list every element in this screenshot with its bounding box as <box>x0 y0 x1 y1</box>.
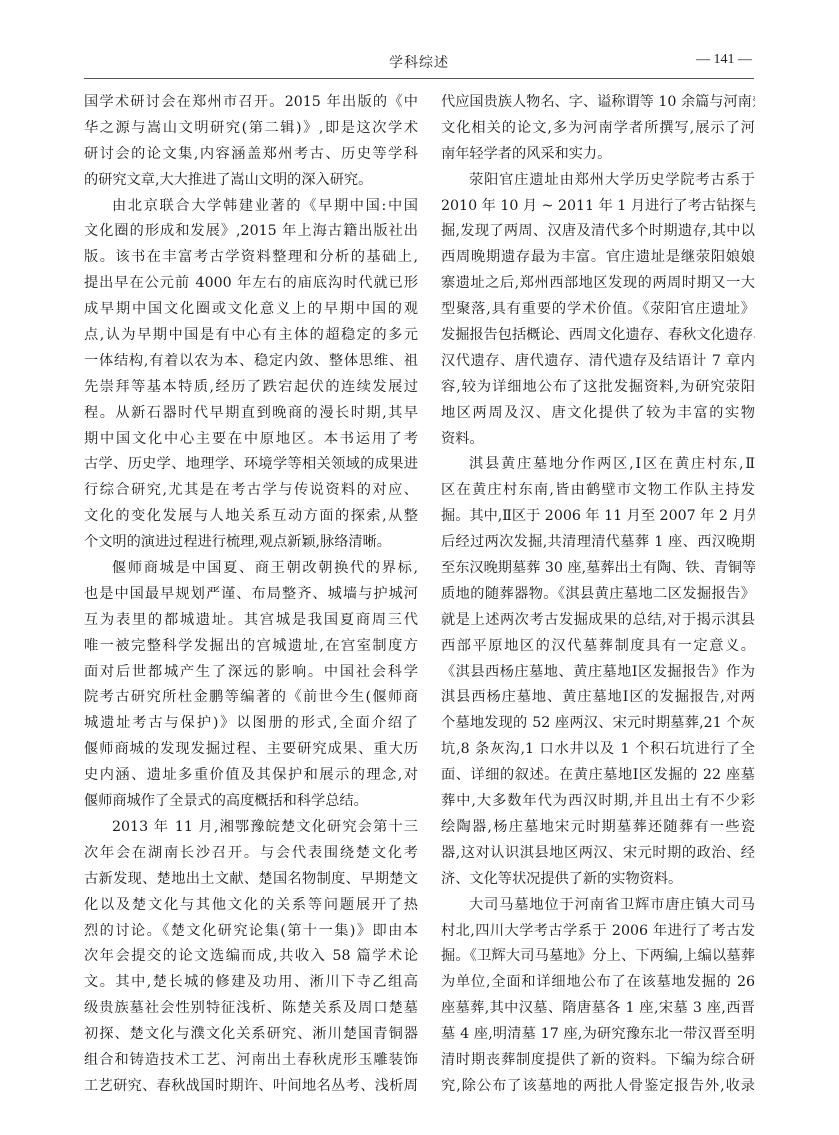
text-line: 南年轻学者的风采和实力。 <box>441 142 755 168</box>
text-line: 济、文化等状况提供了新的实物资料。 <box>441 867 755 893</box>
text-line: 掘。《卫辉大司马墓地》分上、下两编,上编以墓葬 <box>441 944 755 970</box>
text-line: 掘。其中,Ⅱ区于 2006 年 11 月至 2007 年 2 月先 <box>441 504 755 530</box>
text-line: 西部平原地区的汉代墓葬制度具有一定意义。 <box>441 634 755 660</box>
text-line: 座墓葬,其中汉墓、隋唐墓各 1 座,宋墓 3 座,西晋 <box>441 996 755 1022</box>
right-text-column: 代应国贵族人物名、字、谥称谓等 10 余篇与河南楚文化相关的论文,多为河南学者所… <box>441 90 755 1100</box>
text-line: 初探、楚文化与濮文化关系研究、淅川楚国青铜器 <box>84 1022 418 1048</box>
text-line: 大司马墓地位于河南省卫辉市唐庄镇大司马 <box>441 893 755 919</box>
text-line: 绘陶器,杨庄墓地宋元时期墓葬还随葬有一些瓷 <box>441 815 755 841</box>
text-line: 程。从新石器时代早期直到晚商的漫长时期,其早 <box>84 401 418 427</box>
text-line: 区在黄庄村东南,皆由鹤壁市文物工作队主持发 <box>441 478 755 504</box>
text-line: 个墓地发现的 52 座两汉、宋元时期墓葬,21 个灰 <box>441 711 755 737</box>
text-line: 史内涵、遗址多重价值及其保护和展示的理念,对 <box>84 763 418 789</box>
running-title: 学科综述 <box>84 52 754 72</box>
text-line: 化以及楚文化与其他文化的关系等问题展开了热 <box>84 893 418 919</box>
text-line: 组合和铸造技术工艺、河南出土春秋虎形玉雕装饰 <box>84 1048 418 1074</box>
page-number: — 141 — <box>696 52 752 68</box>
text-line: 质地的随葬器物。《淇县黄庄墓地二区发掘报告》 <box>441 582 755 608</box>
text-line: 偃师商城是中国夏、商王朝改朝换代的界标, <box>84 556 418 582</box>
text-line: 型聚落,具有重要的学术价值。《荥阳官庄遗址》 <box>441 297 755 323</box>
running-header: 学科综述 — 141 — <box>84 52 754 78</box>
text-line: 烈的讨论。《楚文化研究论集(第十一集)》即由本 <box>84 919 418 945</box>
text-line: 就是上述两次考古发掘成果的总结,对于揭示淇县 <box>441 608 755 634</box>
left-text-column: 国学术研讨会在郑州市召开。2015 年出版的《中华之源与嵩山文明研究(第二辑)》… <box>84 90 418 1100</box>
text-line: 汉代遗存、唐代遗存、清代遗存及结语计 7 章内 <box>441 349 755 375</box>
text-line: 次年会提交的论文选编而成,共收入 58 篇学术论 <box>84 944 418 970</box>
text-line: 容,较为详细地公布了这批发掘资料,为研究荥阳 <box>441 375 755 401</box>
text-line: 古新发现、楚地出土文献、楚国名物制度、早期楚文 <box>84 867 418 893</box>
text-line: 代应国贵族人物名、字、谥称谓等 10 余篇与河南楚 <box>441 90 755 116</box>
text-line: 后经过两次发掘,共清理清代墓葬 1 座、西汉晚期 <box>441 530 755 556</box>
text-line: 城遗址考古与保护)》以图册的形式,全面介绍了 <box>84 711 418 737</box>
text-line: 工艺研究、春秋战国时期许、叶间地名丛考、浅析周 <box>84 1074 418 1100</box>
text-line: 文化圈的形成和发展》,2015 年上海古籍出版社出 <box>84 219 418 245</box>
text-line: 荥阳官庄遗址由郑州大学历史学院考古系于 <box>441 168 755 194</box>
text-line: 提出早在公元前 4000 年左右的庙底沟时代就已形 <box>84 271 418 297</box>
text-line: 偃师商城的发现发掘过程、主要研究成果、重大历 <box>84 737 418 763</box>
text-line: 坑,8 条灰沟,1 口水井以及 1 个积石坑进行了全 <box>441 737 755 763</box>
text-line: 文。其中,楚长城的修建及功用、淅川下寺乙组高 <box>84 970 418 996</box>
text-line: 寨遗址之后,郑州西部地区发现的两周时期又一大 <box>441 271 755 297</box>
text-line: 由北京联合大学韩建业著的《早期中国:中国 <box>84 194 418 220</box>
text-line: 偃师商城作了全景式的高度概括和科学总结。 <box>84 789 418 815</box>
text-line: 地区两周及汉、唐文化提供了较为丰富的实物 <box>441 401 755 427</box>
text-line: 掘,发现了两周、汉唐及清代多个时期遗存,其中以 <box>441 219 755 245</box>
text-line: 成早期中国文化圈或文化意义上的早期中国的观 <box>84 297 418 323</box>
text-line: 面、详细的叙述。在黄庄墓地Ⅰ区发掘的 22 座墓 <box>441 763 755 789</box>
text-line: 点,认为早期中国是有中心有主体的超稳定的多元 <box>84 323 418 349</box>
text-line: 文化相关的论文,多为河南学者所撰写,展示了河 <box>441 116 755 142</box>
text-line: 《淇县西杨庄墓地、黄庄墓地Ⅰ区发掘报告》作为 <box>441 660 755 686</box>
text-line: 也是中国最早规划严谨、布局整齐、城墙与护城河 <box>84 582 418 608</box>
text-line: 器,这对认识淇县地区两汉、宋元时期的政治、经 <box>441 841 755 867</box>
text-line: 文化的变化发展与人地关系互动方面的探索,从整 <box>84 504 418 530</box>
text-line: 互为表里的都城遗址。其宫城是我国夏商周三代 <box>84 608 418 634</box>
text-line: 国学术研讨会在郑州市召开。2015 年出版的《中 <box>84 90 418 116</box>
text-line: 面对后世都城产生了深远的影响。中国社会科学 <box>84 660 418 686</box>
text-line: 次年会在湖南长沙召开。与会代表围绕楚文化考 <box>84 841 418 867</box>
text-line: 的研究文章,大大推进了嵩山文明的深入研究。 <box>84 168 418 194</box>
text-line: 资料。 <box>441 427 755 453</box>
text-line: 淇县西杨庄墓地、黄庄墓地Ⅰ区的发掘报告,对两 <box>441 685 755 711</box>
text-line: 期中国文化中心主要在中原地区。本书运用了考 <box>84 427 418 453</box>
text-line: 清时期丧葬制度提供了新的资料。下编为综合研 <box>441 1048 755 1074</box>
text-line: 版。该书在丰富考古学资料整理和分析的基础上, <box>84 245 418 271</box>
text-line: 华之源与嵩山文明研究(第二辑)》,即是这次学术 <box>84 116 418 142</box>
text-line: 2013 年 11 月,湘鄂豫皖楚文化研究会第十三 <box>84 815 418 841</box>
text-line: 2010 年 10 月 ~ 2011 年 1 月进行了考古钻探与发 <box>441 194 755 220</box>
text-line: 为单位,全面和详细地公布了在该墓地发掘的 26 <box>441 970 755 996</box>
text-line: 西周晚期遗存最为丰富。官庄遗址是继荥阳娘娘 <box>441 245 755 271</box>
text-line: 一体结构,有着以农为本、稳定内敛、整体思维、祖 <box>84 349 418 375</box>
text-line: 淇县黄庄墓地分作两区,Ⅰ区在黄庄村东,Ⅱ <box>441 452 755 478</box>
text-line: 先崇拜等基本特质,经历了跌宕起伏的连续发展过 <box>84 375 418 401</box>
text-line: 古学、历史学、地理学、环境学等相关领域的成果进 <box>84 452 418 478</box>
text-line: 村北,四川大学考古学系于 2006 年进行了考古发 <box>441 919 755 945</box>
header-rule <box>84 78 754 79</box>
text-line: 发掘报告包括概论、西周文化遗存、春秋文化遗存、 <box>441 323 755 349</box>
text-line: 究,除公布了该墓地的两批人骨鉴定报告外,收录 <box>441 1074 755 1100</box>
text-line: 院考古研究所杜金鹏等编著的《前世今生(偃师商 <box>84 685 418 711</box>
text-line: 唯一被完整科学发掘出的宫城遗址,在宫室制度方 <box>84 634 418 660</box>
text-line: 个文明的演进过程进行梳理,观点新颖,脉络清晰。 <box>84 530 418 556</box>
text-line: 行综合研究,尤其是在考古学与传说资料的对应、 <box>84 478 418 504</box>
text-line: 墓 4 座,明清墓 17 座,为研究豫东北一带汉晋至明 <box>441 1022 755 1048</box>
text-line: 研讨会的论文集,内容涵盖郑州考古、历史等学科 <box>84 142 418 168</box>
text-line: 葬中,大多数年代为西汉时期,并且出土有不少彩 <box>441 789 755 815</box>
text-line: 至东汉晚期墓葬 30 座,墓葬出土有陶、铁、青铜等 <box>441 556 755 582</box>
text-line: 级贵族墓社会性别特征浅析、陈楚关系及周口楚墓 <box>84 996 418 1022</box>
